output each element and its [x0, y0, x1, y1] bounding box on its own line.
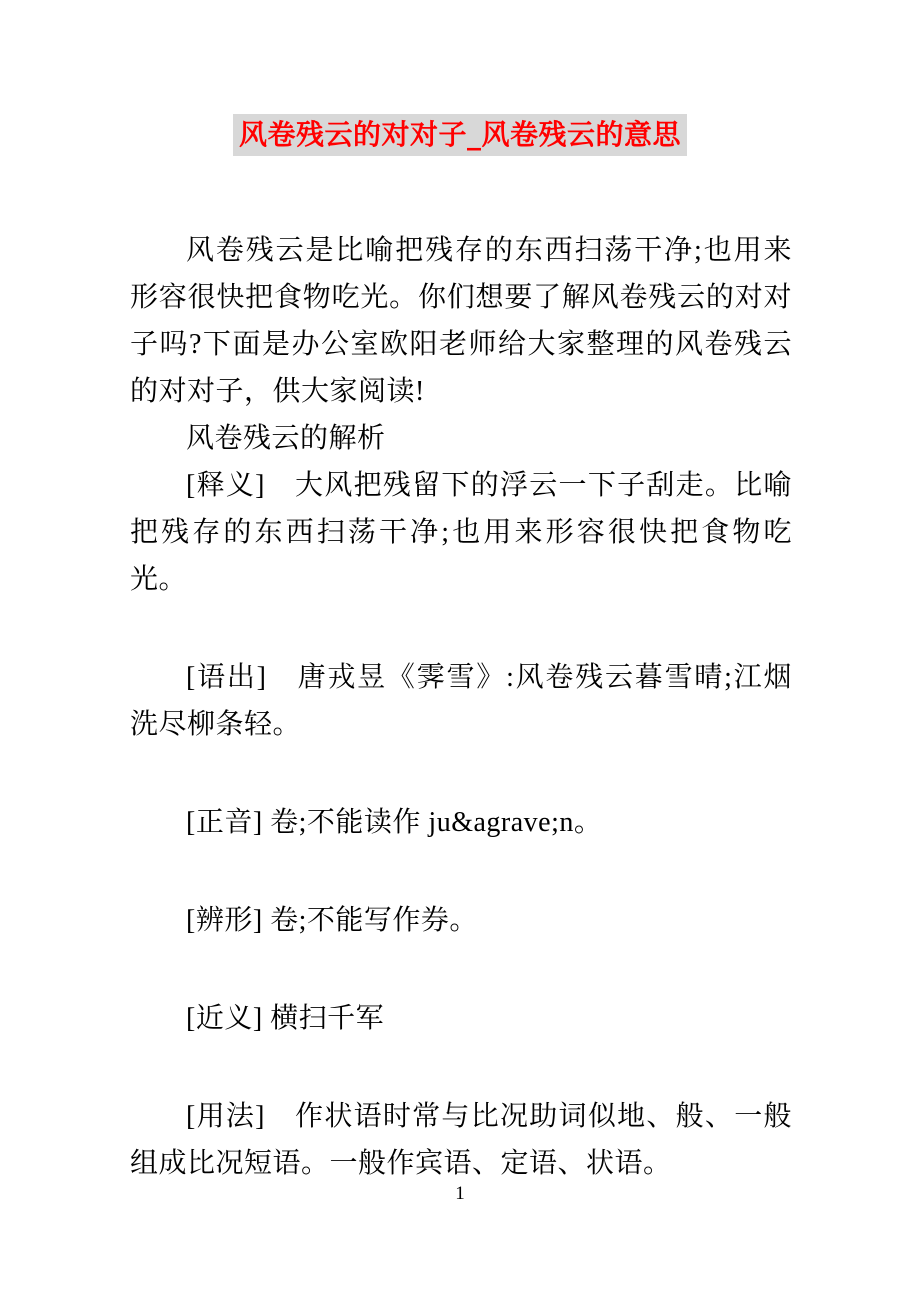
- document-body: 风卷残云是比喻把残存的东西扫荡干净;也用来形容很快把食物吃光。你们想要了解风卷残…: [130, 227, 792, 1187]
- document-page: 风卷残云的对对子_风卷残云的意思 风卷残云是比喻把残存的东西扫荡干净;也用来形容…: [0, 0, 920, 1302]
- source-entry: [语出] 唐戎昱《霁雪》:风卷残云暮雪晴;江烟洗尽柳条轻。: [130, 654, 792, 748]
- section-heading: 风卷残云的解析: [130, 415, 792, 462]
- pronunciation-entry: [正音] 卷;不能读作 ju&agrave;n。: [130, 799, 792, 846]
- usage-entry: [用法] 作状语时常与比况助词似地、般、一般组成比况短语。一般作宾语、定语、状语…: [130, 1093, 792, 1187]
- definition-entry: [释义] 大风把残留下的浮云一下子刮走。比喻把残存的东西扫荡干净;也用来形容很快…: [130, 462, 792, 603]
- title-highlight: 风卷残云的对对子_风卷残云的意思: [233, 114, 687, 156]
- form-entry: [辨形] 卷;不能写作券。: [130, 897, 792, 944]
- intro-paragraph: 风卷残云是比喻把残存的东西扫荡干净;也用来形容很快把食物吃光。你们想要了解风卷残…: [130, 227, 792, 415]
- page-number: 1: [0, 1183, 920, 1205]
- synonym-entry: [近义] 横扫千军: [130, 995, 792, 1042]
- document-title: 风卷残云的对对子_风卷残云的意思: [0, 114, 920, 156]
